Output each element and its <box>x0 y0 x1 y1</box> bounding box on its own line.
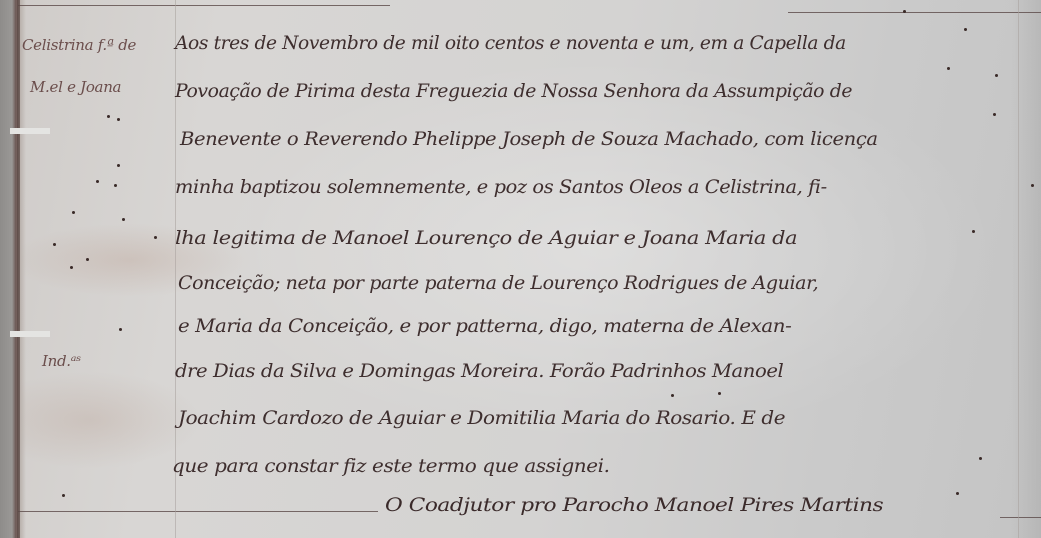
record-line-2: Povoação de Pirima desta Freguezia de No… <box>175 80 852 102</box>
top-rule-left <box>18 5 390 6</box>
record-line-4: minha baptizou solemnemente, e poz os Sa… <box>175 176 827 198</box>
ink-speck <box>117 164 120 167</box>
ink-speck <box>671 394 674 397</box>
record-line-7: e Maria da Conceição, e por patterna, di… <box>178 315 791 337</box>
bottom-rule-left <box>18 511 378 512</box>
ink-speck <box>86 258 89 261</box>
margin-note-name: Celistrina f.ª de <box>22 36 136 54</box>
ink-speck <box>956 492 959 495</box>
ink-speck <box>947 67 950 70</box>
record-line-1: Aos tres de Novembro de mil oito centos … <box>175 32 846 54</box>
ink-speck <box>70 266 73 269</box>
ink-speck <box>993 113 996 116</box>
ink-speck <box>979 457 982 460</box>
ink-speck <box>1031 184 1034 187</box>
right-vertical-rule <box>1018 0 1019 538</box>
record-line-8: dre Dias da Silva e Domingas Moreira. Fo… <box>175 360 783 382</box>
ink-speck <box>117 118 120 121</box>
ink-speck <box>154 236 157 239</box>
torn-page-edge <box>0 0 26 538</box>
record-line-3: Benevente o Reverendo Phelippe Joseph de… <box>180 128 878 150</box>
margin-note-status: Ind.ᵃˢ <box>42 352 81 370</box>
ink-speck <box>122 218 125 221</box>
record-line-5: lha legitima de Manoel Lourenço de Aguia… <box>175 227 797 249</box>
record-line-6: Conceição; neta por parte paterna de Lou… <box>178 272 818 294</box>
record-line-9: Joachim Cardozo de Aguiar e Domitilia Ma… <box>178 407 785 429</box>
priest-signature: O Coadjutor pro Parocho Manoel Pires Mar… <box>385 494 883 516</box>
ink-speck <box>119 328 122 331</box>
ink-speck <box>964 28 967 31</box>
margin-note-parents: M.el e Joana <box>30 78 121 96</box>
ink-speck <box>62 494 65 497</box>
ink-speck <box>972 230 975 233</box>
ink-speck <box>718 392 721 395</box>
ink-speck <box>53 243 56 246</box>
ink-speck <box>107 115 110 118</box>
binding-hole <box>10 128 50 134</box>
ink-speck <box>72 211 75 214</box>
ink-speck <box>903 10 906 13</box>
ink-speck <box>114 184 117 187</box>
top-rule-right <box>788 12 1041 13</box>
record-line-10: que para constar fiz este termo que assi… <box>172 455 609 477</box>
right-margin-shade <box>1011 0 1041 538</box>
ink-speck <box>995 74 998 77</box>
page-edge-shadow <box>17 0 20 538</box>
bottom-rule-right <box>1000 517 1041 518</box>
ink-speck <box>96 180 99 183</box>
document-page: Celistrina f.ª de M.el e Joana Ind.ᵃˢ Ao… <box>0 0 1041 538</box>
binding-hole <box>10 331 50 337</box>
